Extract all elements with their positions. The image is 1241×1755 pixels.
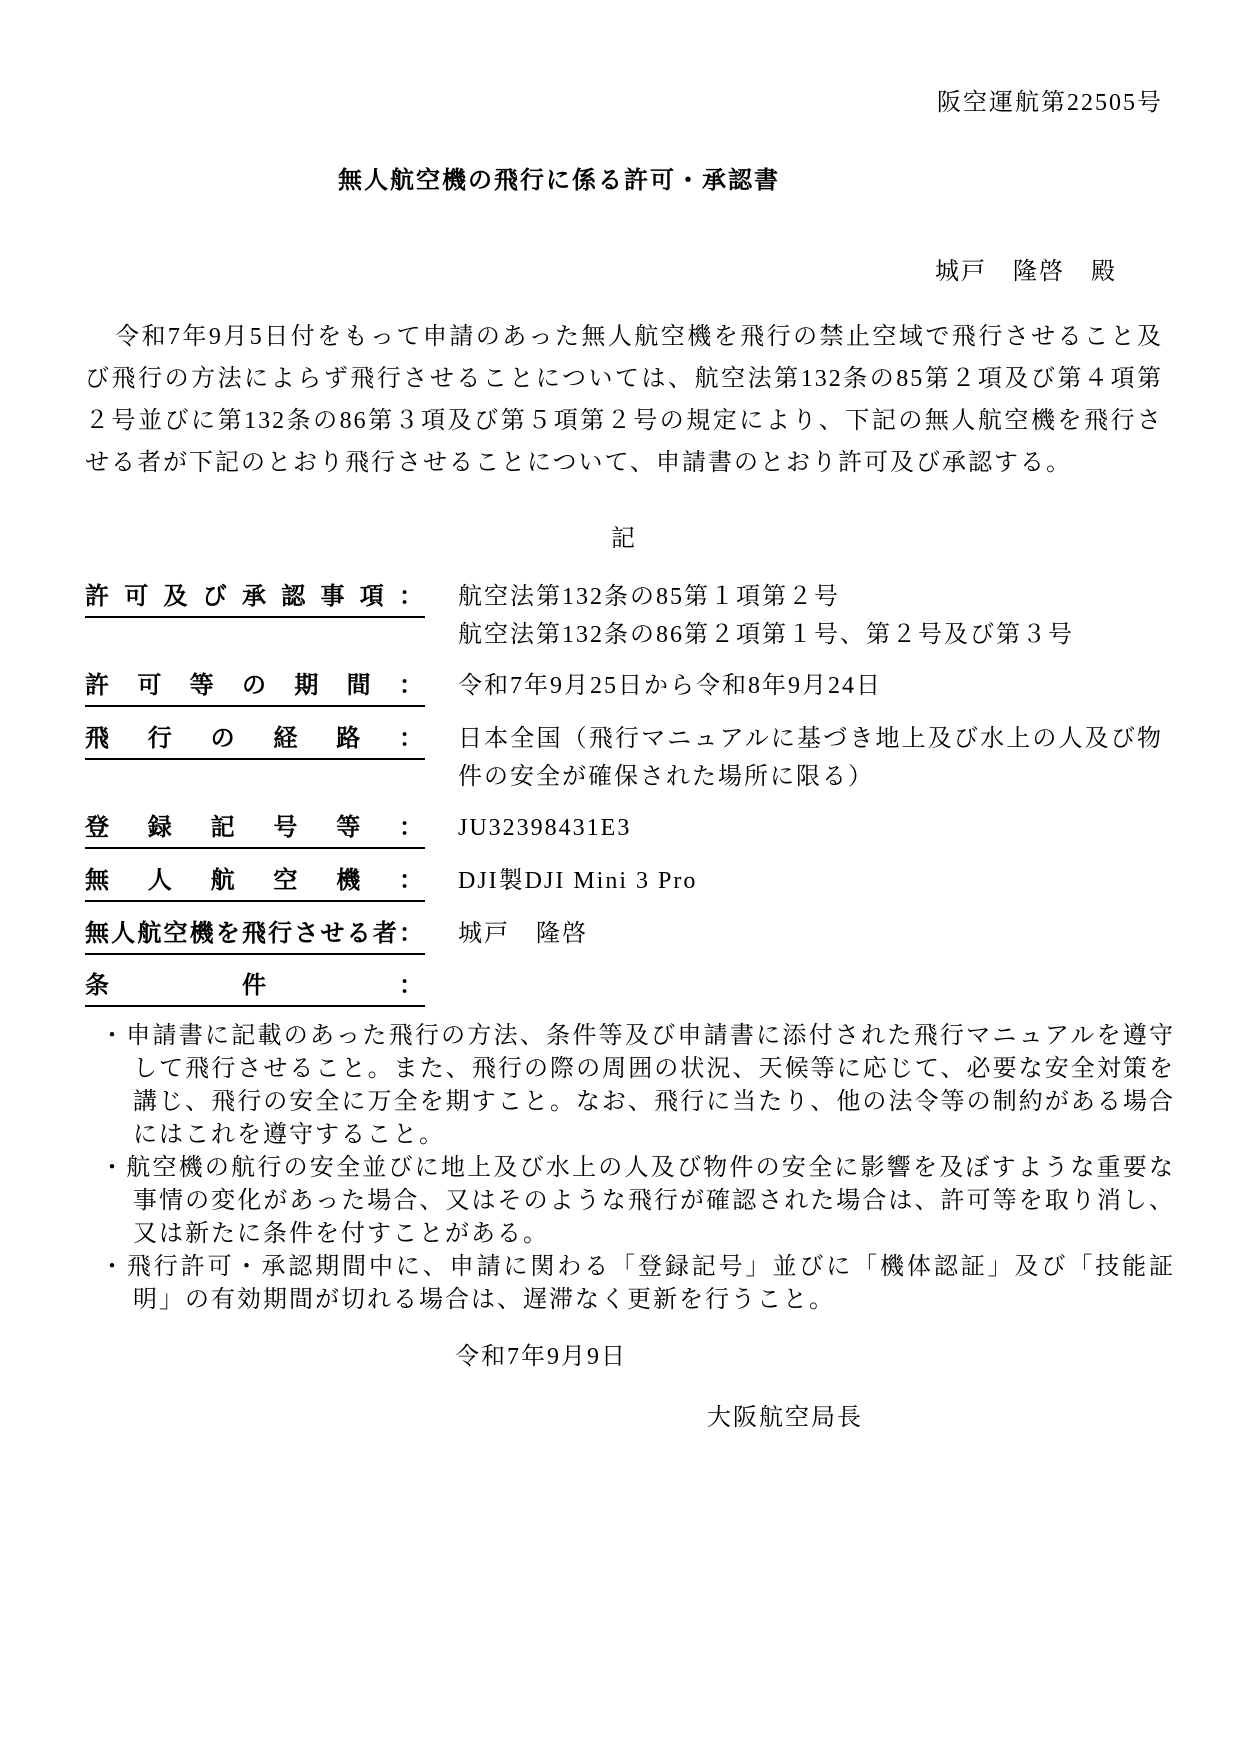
row-label-uav-model: 無人航空機： [85, 863, 425, 902]
condition-text: 飛行許可・承認期間中に、申請に関わる「登録記号」並びに「機体認証」及び「技能証明… [127, 1254, 1175, 1313]
conditions-list: ・申請書に記載のあった飛行の方法、条件等及び申請書に添付された飛行マニュアルを遵… [100, 1020, 1175, 1317]
body-paragraph: 令和7年9月5日付をもって申請のあった無人航空機を飛行の禁止空域で飛行させること… [85, 316, 1163, 484]
page-title: 無人航空機の飛行に係る許可・承認書 [85, 164, 1033, 198]
row-value: 城戸 隆啓 [458, 915, 1163, 953]
row-value-line: 航空法第132条の85第１項第２号 [458, 578, 1163, 616]
row-value: 令和7年9月25日から令和8年9月24日 [458, 667, 1163, 705]
issue-date: 令和7年9月9日 [455, 1341, 1163, 1374]
table-row: 条件： [85, 968, 1163, 1007]
doc-number: 阪空運航第22505号 [85, 88, 1163, 118]
table-row: 許可等の期間： 令和7年9月25日から令和8年9月24日 [85, 667, 1163, 707]
row-label-permit-period: 許可等の期間： [85, 668, 425, 707]
issuer-signature: 大阪航空局長 [707, 1402, 1163, 1435]
bullet-marker: ・ [100, 1023, 126, 1049]
row-value-line: 城戸 隆啓 [458, 915, 1163, 953]
row-label-registration-id: 登録記号等： [85, 810, 425, 849]
bullet-marker: ・ [100, 1155, 126, 1181]
condition-item: ・飛行許可・承認期間中に、申請に関わる「登録記号」並びに「機体認証」及び「技能証… [100, 1251, 1175, 1317]
row-value: 日本全国（飛行マニュアルに基づき地上及び水上の人及び物件の安全が確保された場所に… [458, 720, 1163, 796]
row-value: JU32398431E3 [458, 809, 1163, 847]
table-row: 登録記号等： JU32398431E3 [85, 809, 1163, 849]
condition-item: ・申請書に記載のあった飛行の方法、条件等及び申請書に添付された飛行マニュアルを遵… [100, 1020, 1175, 1152]
table-row: 許可及び承認事項： 航空法第132条の85第１項第２号 航空法第132条の86第… [85, 578, 1163, 654]
addressee: 城戸 隆啓 殿 [85, 256, 1163, 288]
row-value-line: 日本全国（飛行マニュアルに基づき地上及び水上の人及び物件の安全が確保された場所に… [458, 720, 1163, 796]
row-label-flight-route: 飛行の経路： [85, 721, 425, 760]
section-marker: 記 [85, 524, 1163, 554]
table-row: 飛行の経路： 日本全国（飛行マニュアルに基づき地上及び水上の人及び物件の安全が確… [85, 720, 1163, 796]
condition-text: 申請書に記載のあった飛行の方法、条件等及び申請書に添付された飛行マニュアルを遵守… [126, 1023, 1175, 1148]
row-label-approval-items: 許可及び承認事項： [85, 579, 425, 618]
row-value-line: DJI製DJI Mini 3 Pro [458, 862, 1163, 900]
row-value-line: JU32398431E3 [458, 809, 1163, 847]
row-value-line: 令和7年9月25日から令和8年9月24日 [458, 667, 1163, 705]
bullet-marker: ・ [100, 1254, 127, 1280]
document-page: 阪空運航第22505号 無人航空機の飛行に係る許可・承認書 城戸 隆啓 殿 令和… [0, 0, 1241, 1435]
items-table: 許可及び承認事項： 航空法第132条の85第１項第２号 航空法第132条の86第… [85, 578, 1163, 1007]
row-label-conditions: 条件： [85, 968, 425, 1007]
condition-text: 航空機の航行の安全並びに地上及び水上の人及び物件の安全に影響を及ぼすような重要な… [126, 1155, 1175, 1247]
table-row: 無人航空機を飛行させる者： 城戸 隆啓 [85, 915, 1163, 955]
condition-item: ・航空機の航行の安全並びに地上及び水上の人及び物件の安全に影響を及ぼすような重要… [100, 1152, 1175, 1251]
row-value: DJI製DJI Mini 3 Pro [458, 862, 1163, 900]
table-row: 無人航空機： DJI製DJI Mini 3 Pro [85, 862, 1163, 902]
row-value-line: 航空法第132条の86第２項第１号、第２号及び第３号 [458, 616, 1163, 654]
row-label-operator: 無人航空機を飛行させる者： [85, 916, 425, 955]
row-value: 航空法第132条の85第１項第２号 航空法第132条の86第２項第１号、第２号及… [458, 578, 1163, 654]
